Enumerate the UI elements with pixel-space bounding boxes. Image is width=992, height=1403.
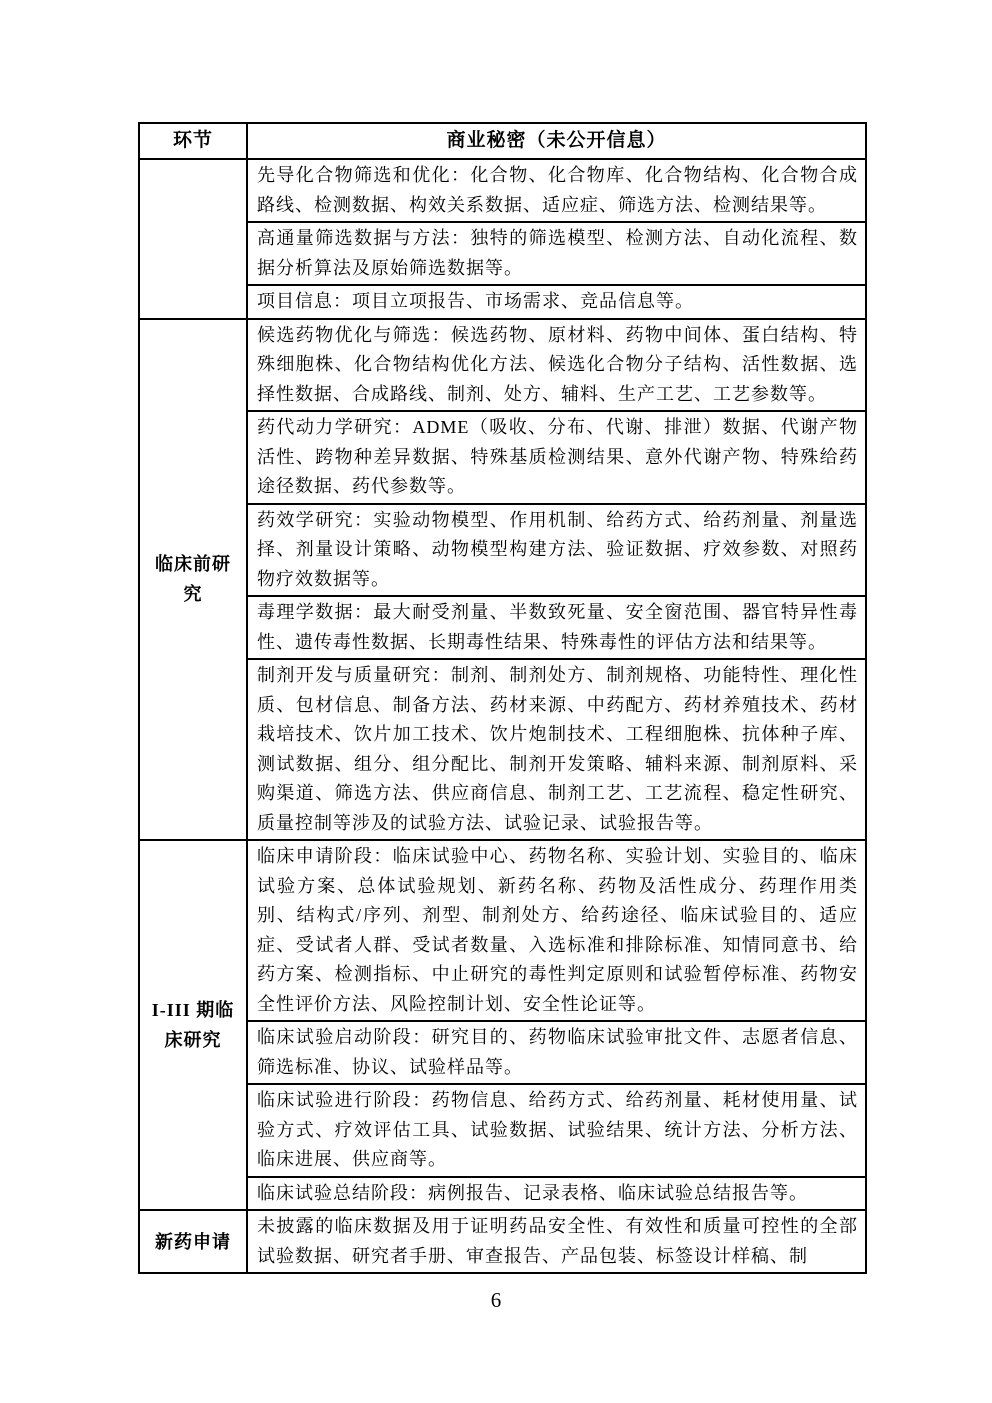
secret-cell-trial-startup: 临床试验启动阶段：研究目的、药物临床试验审批文件、志愿者信息、筛选标准、协议、试… (247, 1021, 866, 1084)
column-header-stage: 环节 (139, 123, 247, 159)
secret-cell-undisclosed-clinical-data: 未披露的临床数据及用于证明药品安全性、有效性和质量可控性的全部试验数据、研究者手… (247, 1210, 866, 1273)
stage-cell-clinical-phase: I-III 期临床研究 (139, 840, 247, 1210)
secret-cell-pharmacokinetics: 药代动力学研究：ADME（吸收、分布、代谢、排泄）数据、代谢产物活性、跨物种差异… (247, 411, 866, 504)
secret-cell-hts: 高通量筛选数据与方法：独特的筛选模型、检测方法、自动化流程、数据分析算法及原始筛… (247, 222, 866, 285)
secret-cell-trial-summary: 临床试验总结阶段：病例报告、记录表格、临床试验总结报告等。 (247, 1177, 866, 1211)
secret-cell-clinical-application: 临床申请阶段：临床试验中心、药物名称、实验计划、实验目的、临床试验方案、总体试验… (247, 840, 866, 1021)
secret-cell-pharmacodynamics: 药效学研究：实验动物模型、作用机制、给药方式、给药剂量、剂量选择、剂量设计策略、… (247, 504, 866, 597)
trade-secrets-table: 环节 商业秘密（未公开信息） 先导化合物筛选和优化：化合物、化合物库、化合物结构… (138, 122, 867, 1274)
secret-cell-project-info: 项目信息：项目立项报告、市场需求、竞品信息等。 (247, 285, 866, 319)
table-row: 临床前研究 候选药物优化与筛选：候选药物、原材料、药物中间体、蛋白结构、特殊细胞… (139, 319, 866, 412)
table-row: 新药申请 未披露的临床数据及用于证明药品安全性、有效性和质量可控性的全部试验数据… (139, 1210, 866, 1273)
secret-cell-toxicology: 毒理学数据：最大耐受剂量、半数致死量、安全窗范围、器官特异性毒性、遗传毒性数据、… (247, 596, 866, 659)
table-row: 高通量筛选数据与方法：独特的筛选模型、检测方法、自动化流程、数据分析算法及原始筛… (139, 222, 866, 285)
stage-cell-new-drug-application: 新药申请 (139, 1210, 247, 1273)
table-row: 毒理学数据：最大耐受剂量、半数致死量、安全窗范围、器官特异性毒性、遗传毒性数据、… (139, 596, 866, 659)
table-row: 药代动力学研究：ADME（吸收、分布、代谢、排泄）数据、代谢产物活性、跨物种差异… (139, 411, 866, 504)
table-header-row: 环节 商业秘密（未公开信息） (139, 123, 866, 159)
table-row: 临床试验进行阶段：药物信息、给药方式、给药剂量、耗材使用量、试验方式、疗效评估工… (139, 1084, 866, 1177)
table-row: 制剂开发与质量研究：制剂、制剂处方、制剂规格、功能特性、理化性质、包材信息、制备… (139, 659, 866, 840)
column-header-secret: 商业秘密（未公开信息） (247, 123, 866, 159)
secret-cell-candidate-optimization: 候选药物优化与筛选：候选药物、原材料、药物中间体、蛋白结构、特殊细胞株、化合物结… (247, 319, 866, 412)
table-row: I-III 期临床研究 临床申请阶段：临床试验中心、药物名称、实验计划、实验目的… (139, 840, 866, 1021)
stage-cell-continued (139, 159, 247, 319)
secret-cell-formulation-quality: 制剂开发与质量研究：制剂、制剂处方、制剂规格、功能特性、理化性质、包材信息、制备… (247, 659, 866, 840)
stage-cell-preclinical: 临床前研究 (139, 319, 247, 841)
document-page: 环节 商业秘密（未公开信息） 先导化合物筛选和优化：化合物、化合物库、化合物结构… (0, 0, 992, 1403)
table-row: 先导化合物筛选和优化：化合物、化合物库、化合物结构、化合物合成路线、检测数据、构… (139, 159, 866, 222)
table-row: 临床试验总结阶段：病例报告、记录表格、临床试验总结报告等。 (139, 1177, 866, 1211)
table-row: 临床试验启动阶段：研究目的、药物临床试验审批文件、志愿者信息、筛选标准、协议、试… (139, 1021, 866, 1084)
secret-cell-trial-ongoing: 临床试验进行阶段：药物信息、给药方式、给药剂量、耗材使用量、试验方式、疗效评估工… (247, 1084, 866, 1177)
table-row: 项目信息：项目立项报告、市场需求、竞品信息等。 (139, 285, 866, 319)
table-row: 药效学研究：实验动物模型、作用机制、给药方式、给药剂量、剂量选择、剂量设计策略、… (139, 504, 866, 597)
secret-cell-lead-compound: 先导化合物筛选和优化：化合物、化合物库、化合物结构、化合物合成路线、检测数据、构… (247, 159, 866, 222)
page-number: 6 (0, 1286, 992, 1314)
